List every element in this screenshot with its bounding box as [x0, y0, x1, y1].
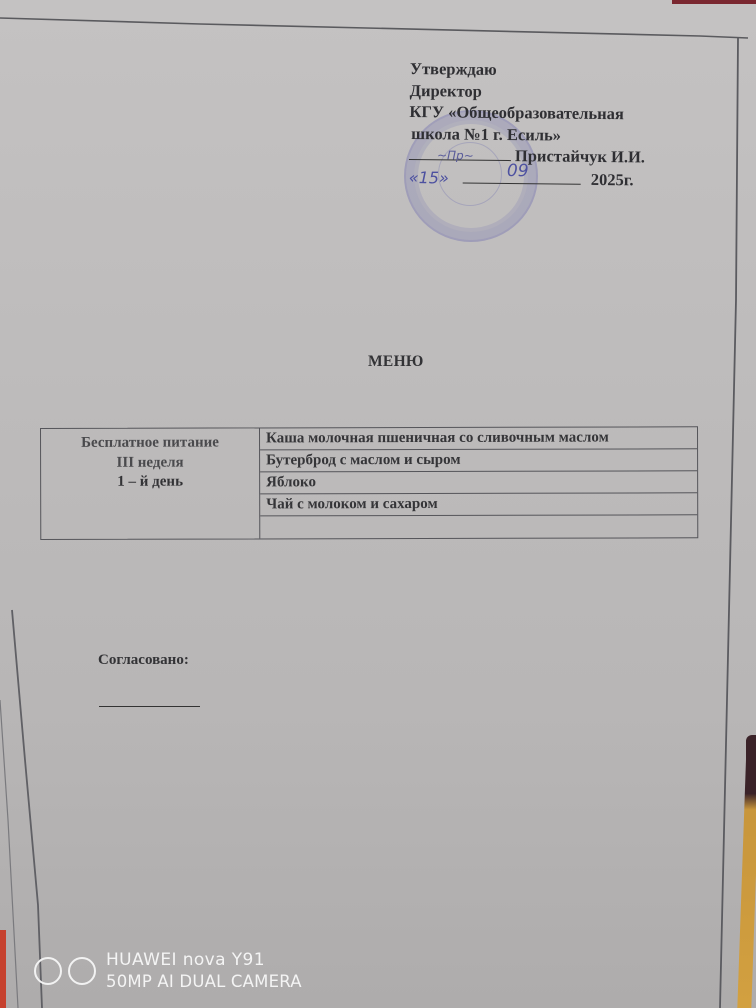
approval-heading: Утверждаю — [410, 58, 710, 83]
menu-category-day: 1 – й день — [41, 472, 259, 492]
approval-position: Директор — [410, 79, 710, 104]
date-month: 09 — [507, 161, 529, 183]
background-orange-object — [737, 740, 756, 1008]
signature-row: ~Пр~ Пристайчук И.И. — [409, 144, 709, 169]
watermark-camera: 50MP AI DUAL CAMERA — [106, 971, 302, 992]
menu-items: Каша молочная пшеничная со сливочным мас… — [260, 427, 697, 538]
menu-item: Чай с молоком и сахаром — [260, 493, 697, 516]
approval-block: Утверждаю Директор КГУ «Общеобразователь… — [409, 58, 710, 191]
menu-category-week: III неделя — [41, 453, 259, 473]
date-day: 15 — [419, 168, 440, 187]
approval-organization-cont: школа №1 г. Есиль» — [409, 122, 709, 147]
camera-watermark: HUAWEI nova Y91 50MP AI DUAL CAMERA — [34, 950, 302, 992]
watermark-brand: HUAWEI — [106, 950, 177, 970]
menu-item: Яблоко — [260, 471, 697, 494]
menu-item: Каша молочная пшеничная со сливочным мас… — [260, 427, 697, 450]
approval-organization: КГУ «Общеобразовательная — [409, 101, 709, 126]
background-red-edge — [0, 930, 6, 1008]
date-row: «15»092025г. — [409, 165, 709, 191]
watermark-brand-line: HUAWEI nova Y91 — [106, 950, 302, 971]
signer-name: Пристайчук И.И. — [515, 146, 645, 166]
document-title: МЕНЮ — [368, 353, 424, 371]
menu-category-cell: Бесплатное питание III неделя 1 – й день — [41, 428, 260, 539]
agreed-label: Согласовано: — [98, 652, 189, 669]
date-close-quote: » — [439, 168, 449, 187]
menu-item: Бутерброд с маслом и сыром — [260, 449, 697, 472]
menu-table: Бесплатное питание III неделя 1 – й день… — [40, 426, 698, 540]
background-red-object — [672, 0, 756, 4]
camera-lens-icon — [34, 957, 62, 985]
date-year: 2025г. — [591, 169, 634, 188]
camera-lens-icon — [68, 957, 96, 985]
date-month-line: 09 — [463, 166, 581, 184]
date-open-quote: « — [409, 167, 419, 186]
signature-mark: ~Пр~ — [437, 145, 474, 167]
menu-category-type: Бесплатное питание — [41, 433, 259, 453]
signature-line: ~Пр~ — [409, 145, 511, 161]
agreed-signature-line — [99, 706, 200, 707]
menu-item-empty — [260, 515, 697, 538]
watermark-model: nova Y91 — [183, 950, 265, 970]
dual-camera-icon — [34, 957, 96, 985]
